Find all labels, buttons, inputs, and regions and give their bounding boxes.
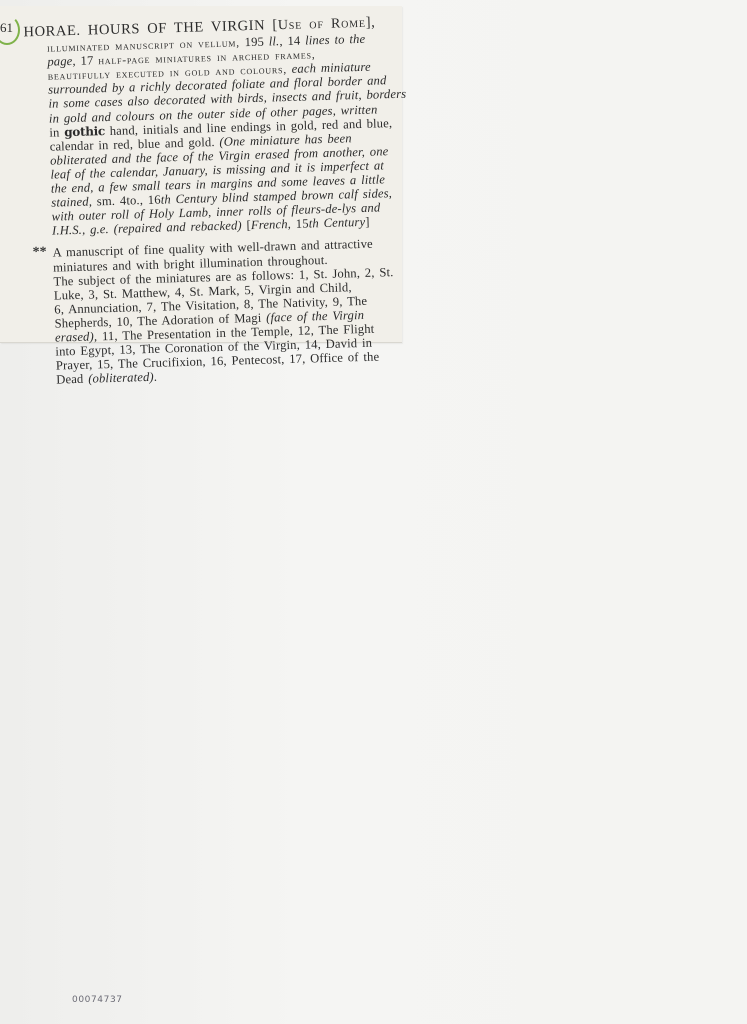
text-segment: ll. [269, 34, 280, 48]
note-asterisks: ** [33, 248, 47, 258]
text-segment: 17 [76, 53, 99, 68]
note-line: Dead (obliterated). [56, 370, 157, 387]
text-segment: page, [47, 54, 76, 69]
text-segment: Dead [56, 372, 88, 387]
text-segment: ], [366, 15, 376, 31]
text-segment: lines to the [305, 32, 365, 48]
text-segment: [ [242, 218, 252, 232]
catalogue-clipping: 61 HORAE. HOURS OF THE VIRGIN [Use of Ro… [0, 6, 402, 343]
text-segment: . [154, 370, 158, 384]
text-segment: 15 [291, 217, 309, 231]
text-segment: (obliterated) [88, 370, 154, 386]
text-segment: , 14 [279, 33, 305, 48]
text-segment: ] [365, 215, 370, 229]
text-segment: gothic [64, 124, 105, 139]
document-number: 00074737 [72, 995, 123, 1005]
text-segment: th Century [309, 215, 366, 231]
text-segment: stained, [51, 195, 92, 210]
text-segment: erased), [55, 329, 97, 344]
text-segment: Use of Rome [278, 16, 366, 33]
text-segment: in [49, 125, 64, 139]
lot-number: 61 [0, 20, 13, 36]
text-segment: 195 [240, 35, 269, 50]
text-segment: French, [251, 217, 291, 232]
